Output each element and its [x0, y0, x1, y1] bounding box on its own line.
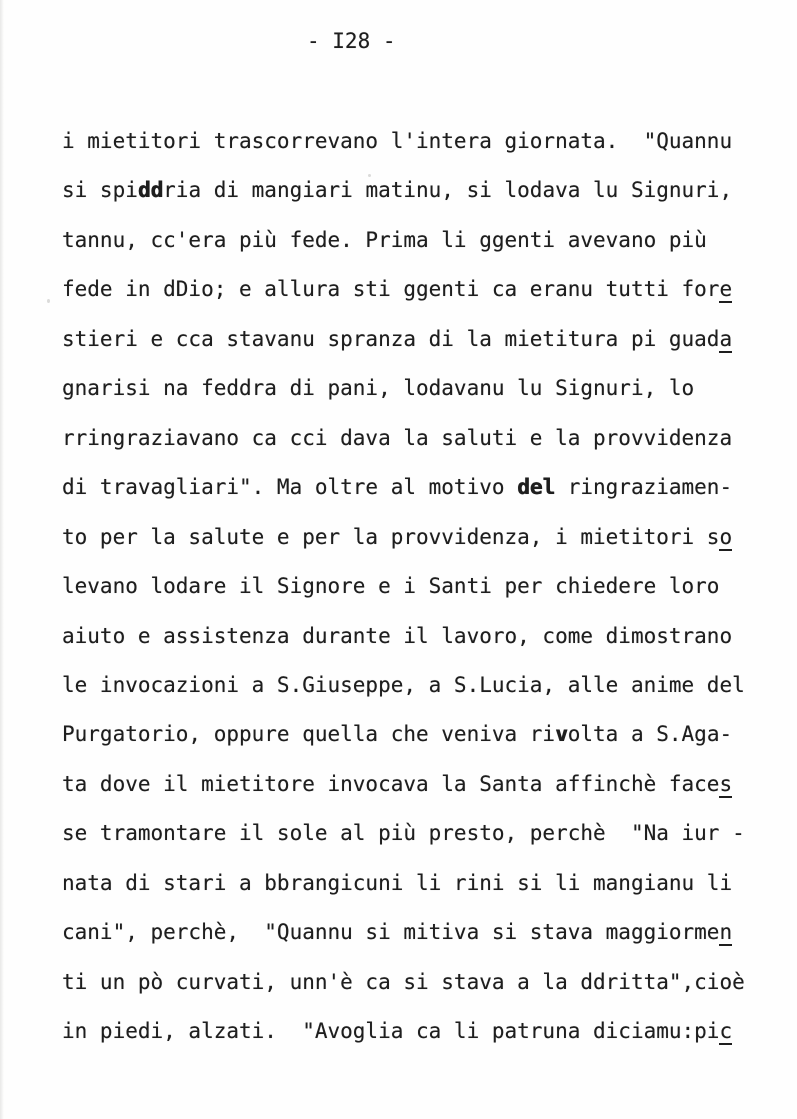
- text-segment: si spi: [62, 178, 138, 202]
- text-segment: se tramontare il sole al più presto, per…: [62, 821, 745, 845]
- text-segment: dd: [138, 178, 163, 202]
- text-segment: Purgatorio, oppure quella che veniva ri: [62, 722, 555, 746]
- text-line: gnarisi na feddra di pani, lodavanu lu S…: [62, 364, 762, 413]
- text-segment: rringraziavano ca cci dava la saluti e l…: [62, 426, 732, 450]
- text-block: i mietitori trascorrevano l'intera giorn…: [62, 117, 762, 1057]
- text-segment: n: [719, 920, 732, 946]
- text-segment: di travagliari". Ma oltre al motivo: [62, 475, 517, 499]
- text-segment: levano lodare il Signore e i Santi per c…: [62, 574, 719, 598]
- text-segment: s: [719, 772, 732, 798]
- text-segment: aiuto e assistenza durante il lavoro, co…: [62, 624, 732, 648]
- text-segment: ta dove il mietitore invocava la Santa a…: [62, 772, 719, 796]
- text-segment: olta a S.Aga-: [568, 722, 732, 746]
- text-segment: nata di stari a bbrangicuni li rini si l…: [62, 871, 732, 895]
- text-line: levano lodare il Signore e i Santi per c…: [62, 562, 762, 611]
- text-line: le invocazioni a S.Giuseppe, a S.Lucia, …: [62, 661, 762, 710]
- text-segment: del: [517, 475, 555, 499]
- text-line: nata di stari a bbrangicuni li rini si l…: [62, 859, 762, 908]
- page-number: - I28 -: [307, 26, 396, 56]
- text-segment: v: [555, 722, 568, 746]
- text-line: cani", perchè, "Quannu si mitiva si stav…: [62, 908, 762, 957]
- text-line: aiuto e assistenza durante il lavoro, co…: [62, 612, 762, 661]
- text-line: ti un pò curvati, unn'è ca si stava a la…: [62, 958, 762, 1007]
- document-page: { "page": { "page_number": "- I28 -" }, …: [0, 0, 797, 1119]
- text-segment: i mietitori trascorrevano l'intera giorn…: [62, 129, 732, 153]
- text-line: si spiddria di mangiari matinu, si lodav…: [62, 166, 762, 215]
- scan-speck: [47, 299, 50, 303]
- text-line: stieri e cca stavanu spranza di la mieti…: [62, 315, 762, 364]
- text-segment: gnarisi na feddra di pani, lodavanu lu S…: [62, 376, 694, 400]
- text-segment: tannu, cc'era più fede. Prima li ggenti …: [62, 228, 707, 252]
- text-line: in piedi, alzati. "Avoglia ca li patruna…: [62, 1007, 762, 1056]
- text-line: to per la salute e per la provvidenza, i…: [62, 513, 762, 562]
- text-line: i mietitori trascorrevano l'intera giorn…: [62, 117, 762, 166]
- text-segment: ria di mangiari matinu, si lodava lu Sig…: [163, 178, 732, 202]
- text-line: di travagliari". Ma oltre al motivo del …: [62, 463, 762, 512]
- text-segment: ringraziamen-: [555, 475, 732, 499]
- text-segment: e: [719, 277, 732, 303]
- text-segment: stieri e cca stavanu spranza di la mieti…: [62, 327, 719, 351]
- text-segment: in piedi, alzati. "Avoglia ca li patruna…: [62, 1019, 719, 1043]
- text-segment: c: [719, 1019, 732, 1045]
- text-line: se tramontare il sole al più presto, per…: [62, 809, 762, 858]
- text-segment: a: [719, 327, 732, 353]
- text-line: fede in dDio; e allura sti ggenti ca era…: [62, 265, 762, 314]
- text-line: rringraziavano ca cci dava la saluti e l…: [62, 414, 762, 463]
- text-segment: le invocazioni a S.Giuseppe, a S.Lucia, …: [62, 673, 745, 697]
- text-line: ta dove il mietitore invocava la Santa a…: [62, 760, 762, 809]
- text-segment: to per la salute e per la provvidenza, i…: [62, 525, 719, 549]
- scan-speck: [368, 174, 371, 177]
- text-segment: ti un pò curvati, unn'è ca si stava a la…: [62, 970, 745, 994]
- text-segment: cani", perchè, "Quannu si mitiva si stav…: [62, 920, 719, 944]
- scan-edge-artifact: [0, 0, 4, 1119]
- text-line: tannu, cc'era più fede. Prima li ggenti …: [62, 216, 762, 265]
- text-line: Purgatorio, oppure quella che veniva riv…: [62, 710, 762, 759]
- text-segment: fede in dDio; e allura sti ggenti ca era…: [62, 277, 719, 301]
- text-segment: o: [719, 525, 732, 551]
